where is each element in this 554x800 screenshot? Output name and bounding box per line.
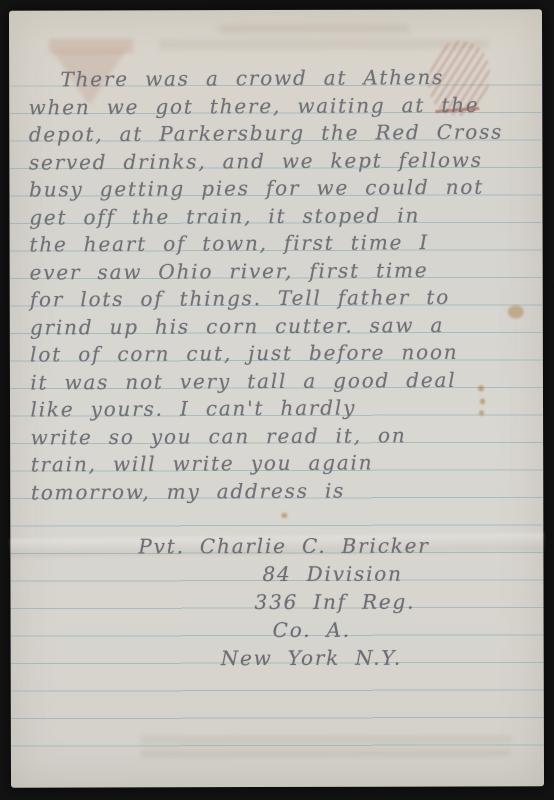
- signature-company: Co. A.: [273, 615, 544, 644]
- letterhead-bleedthrough: [219, 24, 409, 33]
- signature-regiment: 336 Inf Reg.: [254, 587, 543, 616]
- letter-line: grind up his corn cutter. saw a: [30, 311, 535, 342]
- letter-body: There was a crowd at Athens when we got …: [28, 63, 536, 506]
- letter-page: There was a crowd at Athens when we got …: [9, 9, 544, 787]
- letter-line: write so you can read it, on: [31, 421, 536, 452]
- letter-line: train, will write you again: [31, 448, 536, 479]
- letter-line: for lots of things. Tell father to: [30, 283, 535, 314]
- letter-line: lot of corn cut, just before noon: [30, 338, 535, 369]
- letter-line: get off the train, it stoped in: [29, 201, 534, 232]
- letter-line: the heart of town, first time I: [29, 228, 534, 259]
- signature-block: Pvt. Charlie C. Bricker 84 Division 336 …: [10, 531, 543, 672]
- letter-line: served drinks, and we kept fellows: [29, 146, 534, 177]
- letter-line: tomorrow, my address is: [31, 476, 536, 507]
- letter-line: depot, at Parkersburg the Red Cross: [29, 118, 534, 149]
- letter-line: ever saw Ohio river, first time: [30, 256, 535, 287]
- letter-line: There was a crowd at Athens: [28, 63, 533, 94]
- letter-line: when we got there, waiting at the: [29, 91, 534, 122]
- foxing-stain: [281, 513, 287, 518]
- letter-line: like yours. I can't hardly: [30, 393, 535, 424]
- photo-background: There was a crowd at Athens when we got …: [0, 0, 554, 800]
- signature-division: 84 Division: [262, 559, 543, 588]
- signature-city: New York N.Y.: [221, 643, 544, 672]
- letter-line: busy getting pies for we could not: [29, 173, 534, 204]
- letter-line: it was not very tall a good deal: [30, 366, 535, 397]
- signature-name: Pvt. Charlie C. Bricker: [138, 531, 543, 560]
- letterhead-bleedthrough: [141, 735, 511, 760]
